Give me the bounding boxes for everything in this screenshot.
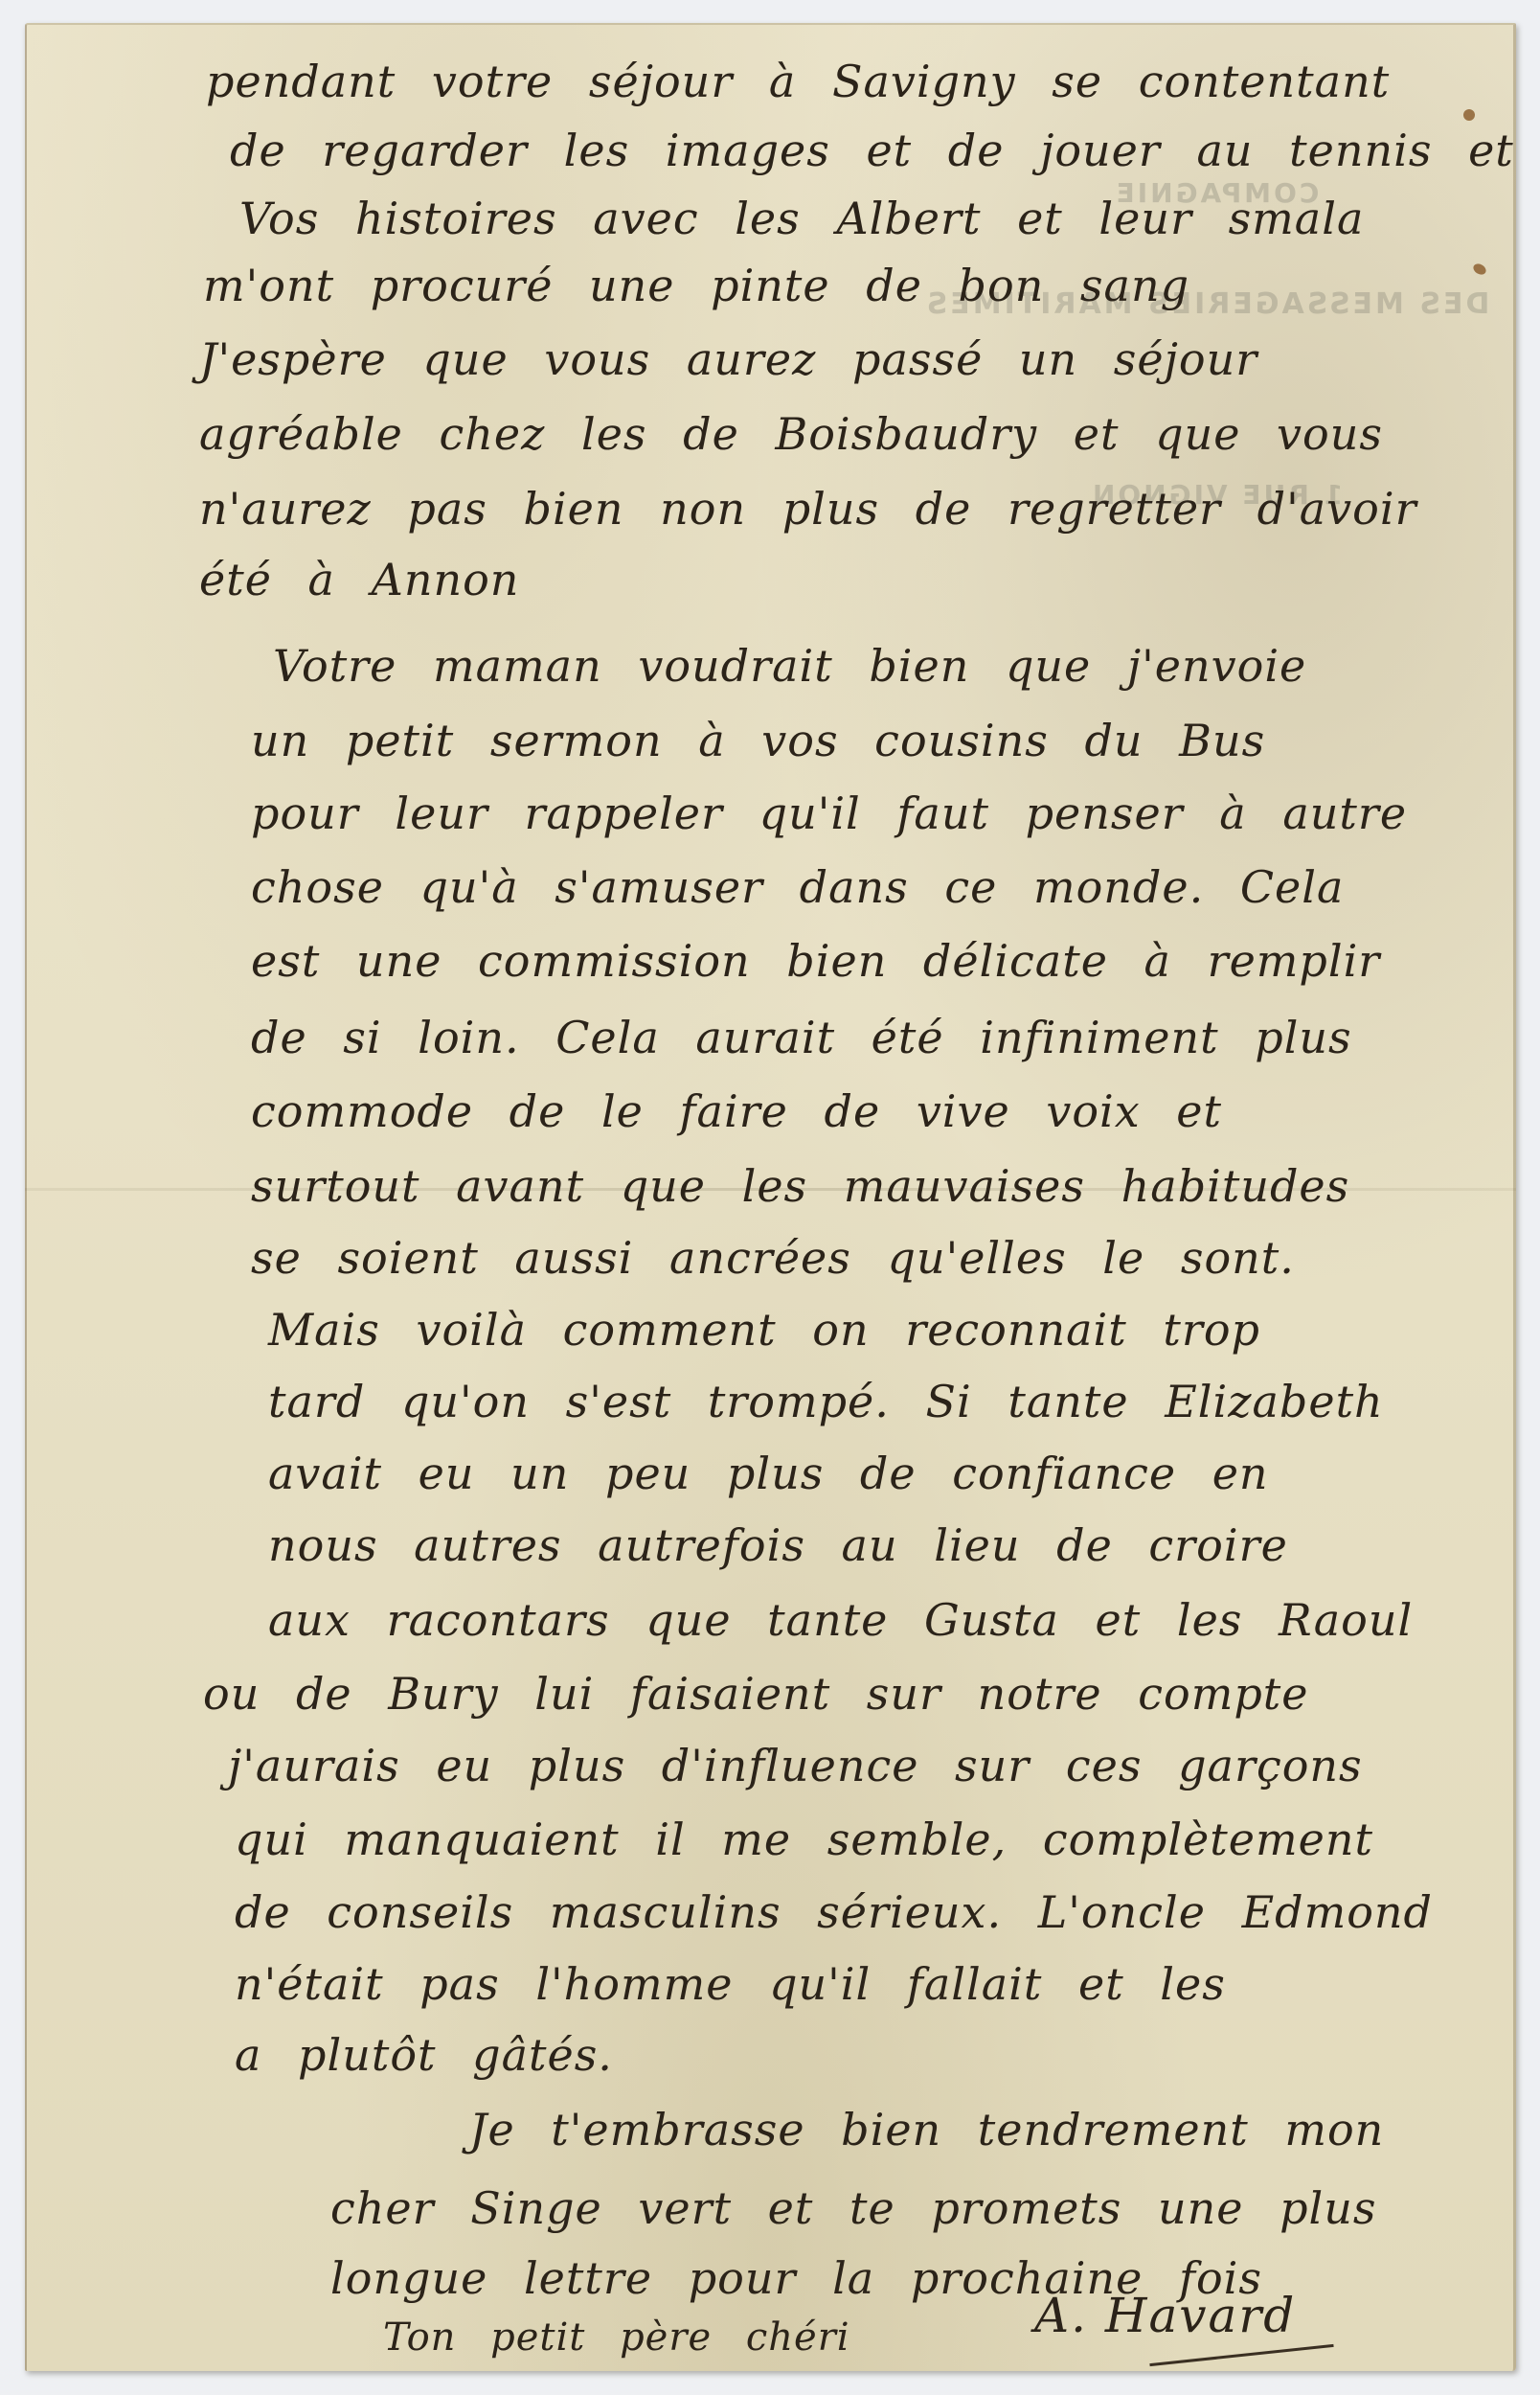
letter-line: agréable chez les de Boisbaudry et que v… xyxy=(199,412,1383,456)
signature: A. Havard xyxy=(1034,2288,1296,2343)
letter-line: chose qu'à s'amuser dans ce monde. Cela xyxy=(251,865,1344,909)
closing-line: Ton petit père chéri xyxy=(383,2318,850,2357)
letter-line: surtout avant que les mauvaises habitude… xyxy=(251,1164,1349,1208)
letter-line: cher Singe vert et te promets une plus xyxy=(330,2186,1377,2230)
letter-line: nous autres autrefois au lieu de croire xyxy=(268,1523,1288,1567)
letter-line: été à Annon xyxy=(199,558,519,602)
letter-line: est une commission bien délicate à rempl… xyxy=(251,939,1380,983)
letter-line: a plutôt gâtés. xyxy=(235,2033,613,2077)
letter-line: n'était pas l'homme qu'il fallait et les xyxy=(235,1962,1226,2006)
letter-line: Mais voilà comment on reconnait trop xyxy=(268,1308,1260,1352)
letter-line: Votre maman voudrait bien que j'envoie xyxy=(273,644,1306,688)
letter-line: j'aurais eu plus d'influence sur ces gar… xyxy=(228,1744,1363,1788)
letter-line: de conseils masculins sérieux. L'oncle E… xyxy=(235,1890,1433,1934)
letter-line: n'aurez pas bien non plus de regretter d… xyxy=(199,487,1417,531)
letter-line: tard qu'on s'est trompé. Si tante Elizab… xyxy=(268,1380,1384,1424)
letter-line: Je t'embrasse bien tendrement mon xyxy=(469,2108,1384,2152)
letter-line: qui manquaient il me semble, complètemen… xyxy=(235,1817,1373,1861)
letter-line: ou de Bury lui faisaient sur notre compt… xyxy=(203,1672,1309,1716)
letter-line: aux racontars que tante Gusta et les Rao… xyxy=(268,1598,1413,1642)
rust-stain xyxy=(1463,109,1475,121)
letter-line: avait eu un peu plus de confiance en xyxy=(268,1451,1269,1495)
letter-line: un petit sermon à vos cousins du Bus xyxy=(251,718,1265,763)
letter-line: Vos histoires avec les Albert et leur sm… xyxy=(239,196,1364,240)
letter-line: de si loin. Cela aurait été infiniment p… xyxy=(251,1015,1352,1060)
letter-line: pour leur rappeler qu'il faut penser à a… xyxy=(251,791,1407,835)
letter-line: commode de le faire de vive voix et xyxy=(251,1089,1222,1133)
letter-line: se soient aussi ancrées qu'elles le sont… xyxy=(251,1236,1295,1280)
letter-line: pendant votre séjour à Savigny se conten… xyxy=(206,59,1390,103)
letter-line: J'espère que vous aurez passé un séjour xyxy=(199,337,1257,381)
letter-line: de regarder les images et de jouer au te… xyxy=(230,128,1514,172)
letter-line: m'ont procuré une pinte de bon sang xyxy=(203,263,1189,308)
